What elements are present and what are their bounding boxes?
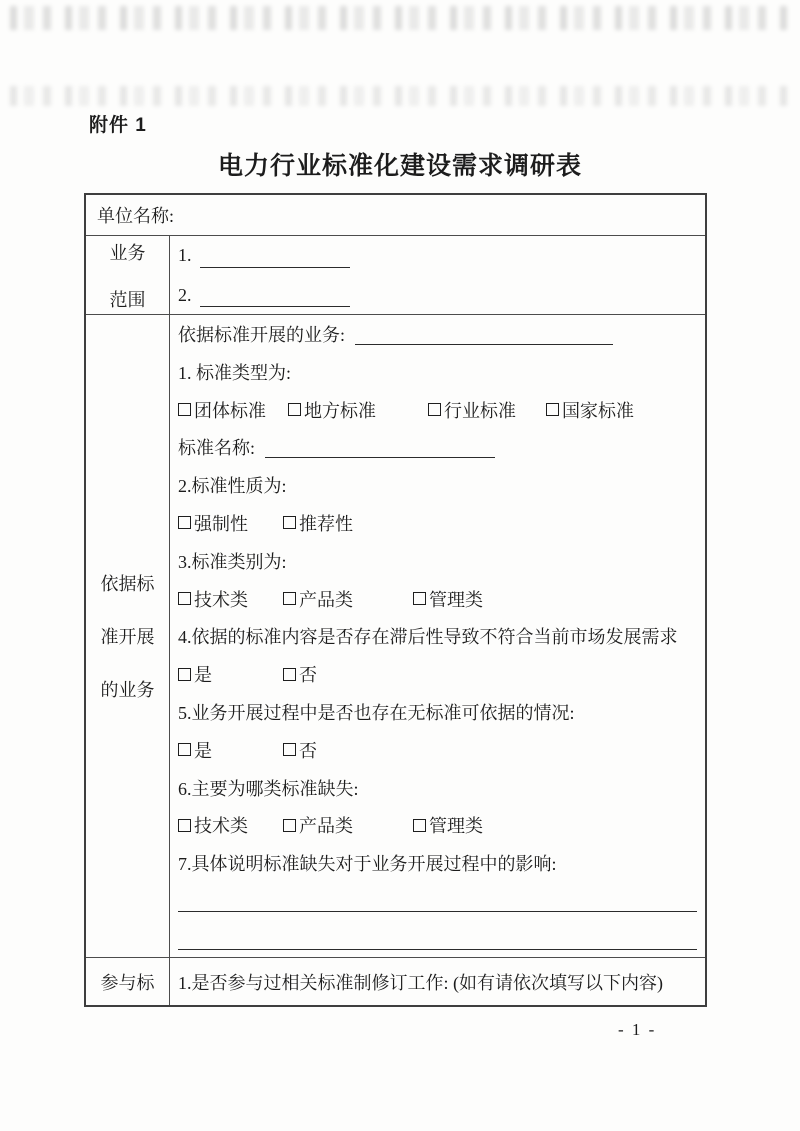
checkbox-option: 推荐性 <box>283 510 353 536</box>
option-label: 推荐性 <box>299 510 353 536</box>
question-text: 6.主要为哪类标准缺失: <box>178 775 359 801</box>
option-label: 管理类 <box>429 586 483 612</box>
checkbox-icon <box>178 668 191 681</box>
checkbox-option: 产品类 <box>283 812 413 838</box>
checkbox-option: 否 <box>283 737 317 763</box>
checkbox-option: 行业标准 <box>428 397 546 423</box>
question-3: 3.标准类别为: <box>178 542 705 580</box>
checkbox-option: 国家标准 <box>546 397 634 423</box>
option-label: 强制性 <box>194 510 248 536</box>
question-text: 3.标准类别为: <box>178 548 287 574</box>
option-label: 否 <box>299 737 317 763</box>
blank-underline <box>355 331 613 345</box>
checkbox-icon <box>283 516 296 529</box>
row-header-participation: 参与标 <box>86 958 170 1005</box>
option-label: 产品类 <box>299 812 353 838</box>
question-text: 7.具体说明标准缺失对于业务开展过程中的影响: <box>178 850 557 876</box>
scope-item-number: 2. <box>178 285 192 306</box>
header-line: 准开展 <box>101 623 155 649</box>
question-7: 7.具体说明标准缺失对于业务开展过程中的影响: <box>178 844 705 882</box>
row-header-business-scope: 业务 范围 <box>86 236 170 314</box>
question-text: 1. 标准类型为: <box>178 359 291 385</box>
checkbox-icon <box>288 403 301 416</box>
q6-options-row: 技术类 产品类 管理类 <box>178 807 705 845</box>
intro-line: 依据标准开展的业务: <box>178 315 705 353</box>
checkbox-icon <box>178 403 191 416</box>
checkbox-icon <box>413 592 426 605</box>
option-label: 团体标准 <box>194 397 266 423</box>
q3-options-row: 技术类 产品类 管理类 <box>178 580 705 618</box>
q2-options-row: 强制性 推荐性 <box>178 504 705 542</box>
unit-name-label: 单位名称: <box>97 202 174 228</box>
table-row-standards-business: 依据标 准开展 的业务 依据标准开展的业务: 1. 标准类型为: 团体标准 <box>86 314 705 957</box>
header-line: 范围 <box>110 286 146 312</box>
question-1: 1. 标准类型为: <box>178 353 705 391</box>
option-label: 管理类 <box>429 812 483 838</box>
question-text: 5.业务开展过程中是否也存在无标准可依据的情况: <box>178 699 575 725</box>
checkbox-option: 技术类 <box>178 812 283 838</box>
header-line: 业务 <box>110 239 146 265</box>
option-label: 行业标准 <box>444 397 516 423</box>
checkbox-icon <box>546 403 559 416</box>
option-label: 产品类 <box>299 586 353 612</box>
q5-options-row: 是 否 <box>178 731 705 769</box>
question-5: 5.业务开展过程中是否也存在无标准可依据的情况: <box>178 693 705 731</box>
document-title: 电力行业标准化建设需求调研表 <box>0 146 800 182</box>
checkbox-option: 否 <box>283 661 317 687</box>
checkbox-icon <box>283 592 296 605</box>
checkbox-icon <box>178 592 191 605</box>
option-label: 地方标准 <box>304 397 376 423</box>
checkbox-option: 是 <box>178 661 283 687</box>
question-text: 2.标准性质为: <box>178 472 287 498</box>
header-line: 依据标 <box>101 570 155 596</box>
row-header-standards-business: 依据标 准开展 的业务 <box>86 315 170 957</box>
blank-underline <box>178 898 697 912</box>
q7-blank-line-2 <box>178 920 705 958</box>
checkbox-option: 管理类 <box>413 586 483 612</box>
checkbox-icon <box>178 743 191 756</box>
table-row-business-scope: 业务 范围 1. 2. <box>86 235 705 314</box>
standards-business-content: 依据标准开展的业务: 1. 标准类型为: 团体标准 地方标准 <box>170 315 705 957</box>
attachment-label: 附件 1 <box>89 110 147 137</box>
header-line: 参与标 <box>101 969 155 995</box>
checkbox-icon <box>178 516 191 529</box>
page-number: - 1 - <box>618 1020 656 1040</box>
option-label: 技术类 <box>194 586 248 612</box>
question-4: 4.依据的标准内容是否存在滞后性导致不符合当前市场发展需求 <box>178 618 705 656</box>
q1-options-row: 团体标准 地方标准 行业标准 国家标准 <box>178 391 705 429</box>
checkbox-icon <box>428 403 441 416</box>
option-label: 技术类 <box>194 812 248 838</box>
business-scope-content: 1. 2. <box>170 236 705 314</box>
question-text: 1.是否参与过相关标准制修订工作: (如有请依次填写以下内容) <box>178 969 663 995</box>
checkbox-icon <box>178 819 191 832</box>
blank-underline <box>200 293 350 307</box>
checkbox-option: 技术类 <box>178 586 283 612</box>
option-label: 是 <box>194 737 212 763</box>
bleed-through-smudge-second <box>10 86 794 106</box>
table-row-participation: 参与标 1.是否参与过相关标准制修订工作: (如有请依次填写以下内容) <box>86 957 705 1005</box>
checkbox-icon <box>413 819 426 832</box>
question-2: 2.标准性质为: <box>178 466 705 504</box>
q7-blank-line-1 <box>178 882 705 920</box>
blank-underline <box>178 936 697 950</box>
table-row-unit-name: 单位名称: <box>86 195 705 235</box>
checkbox-icon <box>283 668 296 681</box>
scanned-document-page: 附件 1 电力行业标准化建设需求调研表 单位名称: 业务 范围 1. 2. <box>0 0 800 1131</box>
bleed-through-smudge-top <box>10 6 794 30</box>
q4-options-row: 是 否 <box>178 655 705 693</box>
intro-label: 依据标准开展的业务: <box>178 321 345 347</box>
blank-underline <box>265 444 495 458</box>
blank-underline <box>200 254 350 268</box>
header-line: 的业务 <box>101 676 155 702</box>
scope-item-1: 1. <box>178 236 705 276</box>
checkbox-option: 管理类 <box>413 812 483 838</box>
question-6: 6.主要为哪类标准缺失: <box>178 769 705 807</box>
standard-name-label: 标准名称: <box>178 434 255 460</box>
checkbox-icon <box>283 819 296 832</box>
standard-name-line: 标准名称: <box>178 428 705 466</box>
checkbox-option: 是 <box>178 737 283 763</box>
checkbox-option: 地方标准 <box>288 397 428 423</box>
option-label: 国家标准 <box>562 397 634 423</box>
checkbox-icon <box>283 743 296 756</box>
scope-item-2: 2. <box>178 276 705 316</box>
option-label: 否 <box>299 661 317 687</box>
checkbox-option: 产品类 <box>283 586 413 612</box>
scope-item-number: 1. <box>178 245 192 266</box>
participation-content: 1.是否参与过相关标准制修订工作: (如有请依次填写以下内容) <box>170 958 705 1005</box>
option-label: 是 <box>194 661 212 687</box>
checkbox-option: 团体标准 <box>178 397 288 423</box>
survey-form-table: 单位名称: 业务 范围 1. 2. 依据标 准 <box>84 193 707 1007</box>
question-text: 4.依据的标准内容是否存在滞后性导致不符合当前市场发展需求 <box>178 623 678 649</box>
checkbox-option: 强制性 <box>178 510 283 536</box>
